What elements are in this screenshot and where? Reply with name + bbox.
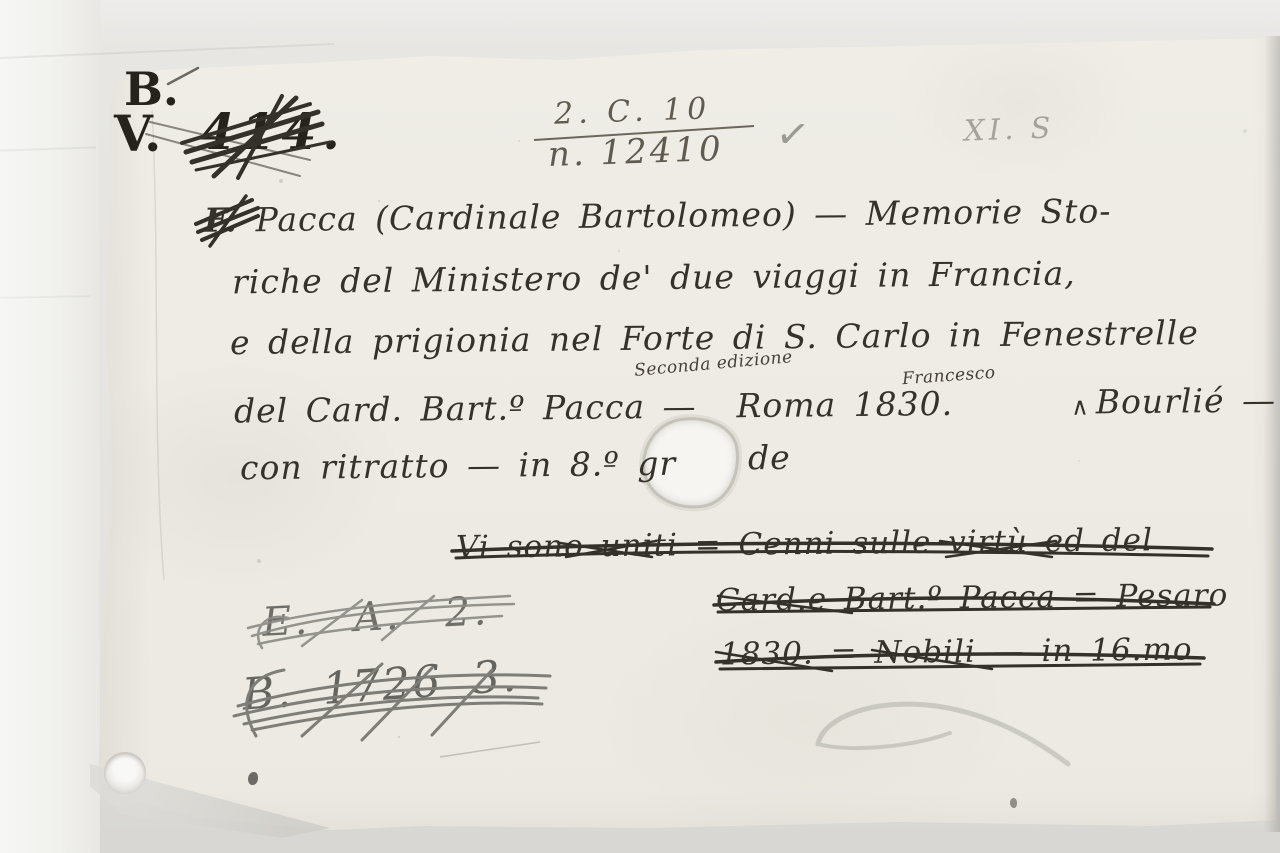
struck-initial: F. <box>204 200 238 239</box>
struck-addendum-line-3: 1830. = Nobili — in 16.mo <box>720 632 1193 673</box>
entry-line-5-right: de <box>748 438 791 477</box>
insertion-caret: ∧ <box>1071 392 1090 431</box>
scanned-catalog-card: B. V. 414. 2. C. 10 n. 12410 ✓ XI. S F. … <box>0 0 1280 853</box>
struck-addendum-line-2: Card.e Bart.º Pacca = Pesaro <box>716 577 1229 618</box>
entry-place-date: Roma 1830. <box>736 384 953 425</box>
struck-addendum-line-1: Vi sono uniti = Cenni sulle virtù ed del <box>456 522 1153 565</box>
pencil-classification-note: XI. S <box>963 110 1055 147</box>
checkmark-icon: ✓ <box>773 110 813 160</box>
entry-publisher: Bourlié — <box>1095 381 1276 422</box>
series-letter-v: V. <box>114 104 161 163</box>
scanner-backing-sheet <box>0 0 100 853</box>
class-mark: 2. C. 10 <box>553 91 711 131</box>
ink-blot <box>1010 798 1017 808</box>
paper-edge-shadow <box>1264 36 1280 832</box>
entry-line-5-left: con ritratto — in 8.º gr <box>240 444 677 488</box>
entry-line-4-start: del Card. Bart.º Pacca — <box>234 387 697 431</box>
struck-old-shelf-number: 414. <box>200 102 346 161</box>
punch-hole <box>104 752 146 794</box>
accession-number: n. 12410 <box>547 129 724 175</box>
